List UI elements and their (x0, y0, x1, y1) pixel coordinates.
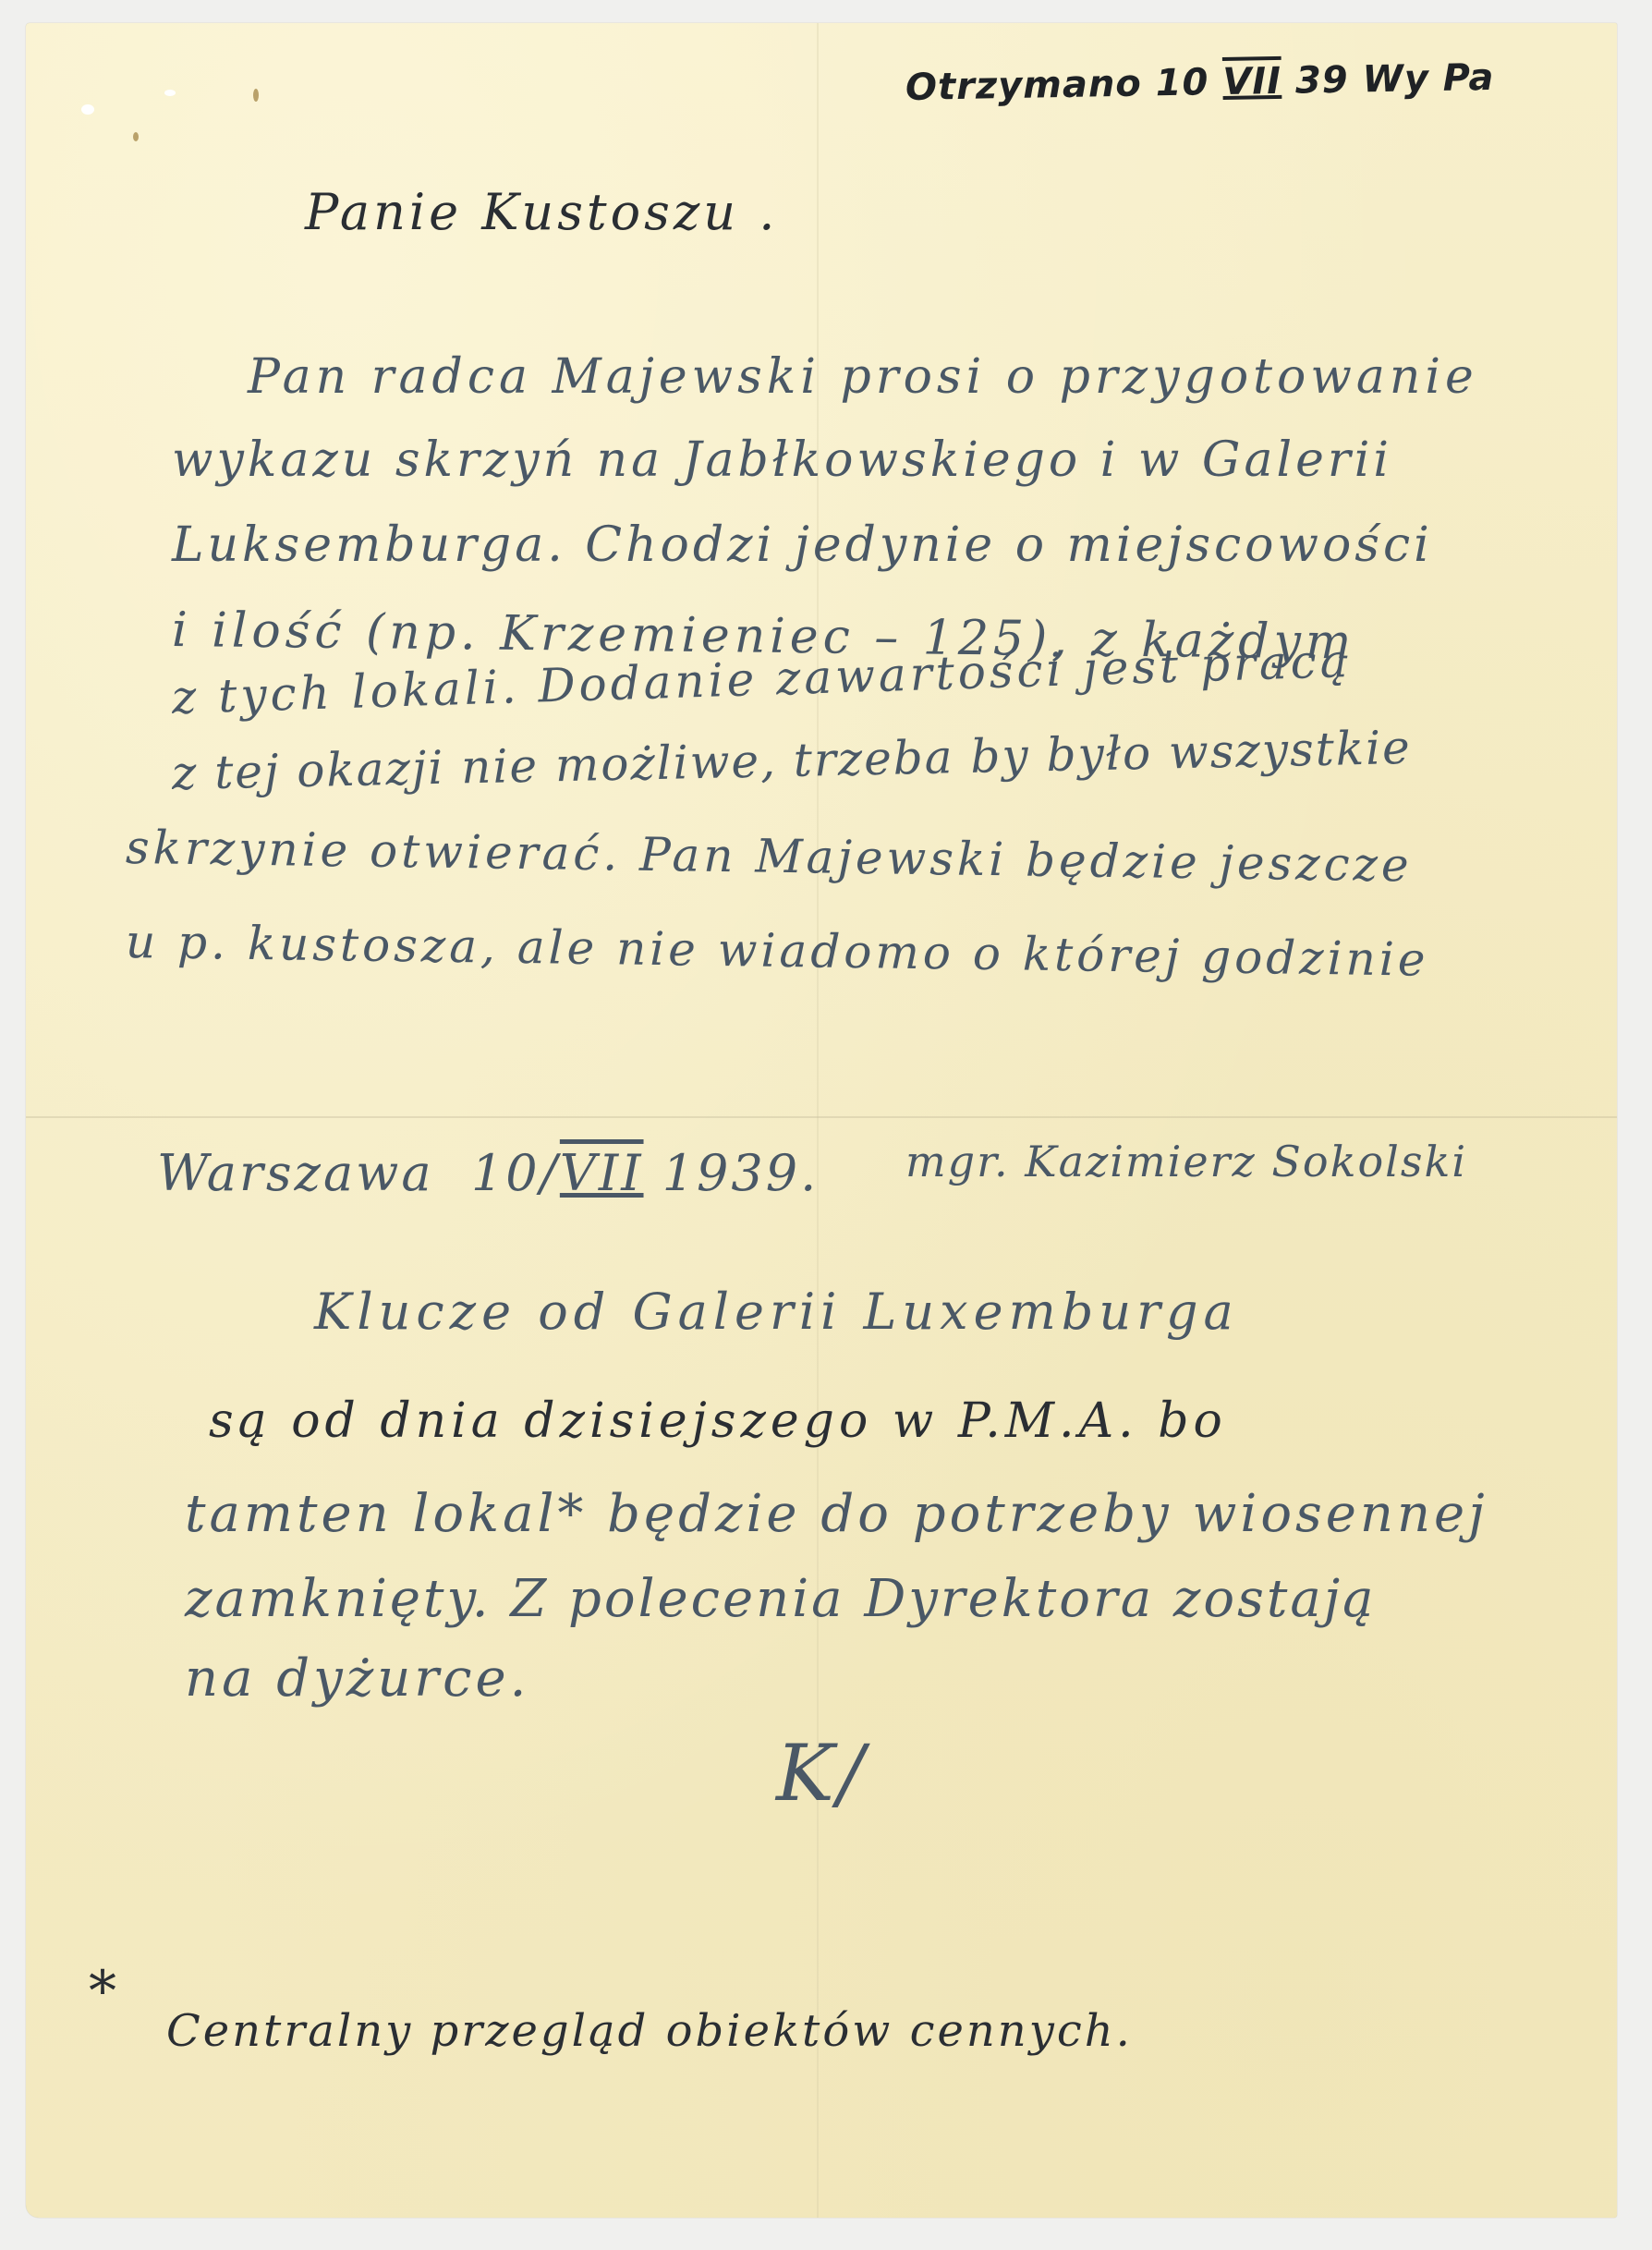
postscript-line-2: są od dnia dzisiejszego w P.M.A. bo (209, 1393, 1227, 1449)
body-line-3: Luksemburga. Chodzi jedynie o miejscowoś… (172, 517, 1433, 573)
footnote-text: Centralny przegląd obiektów cennych. (166, 2005, 1133, 2057)
ink-stain (253, 89, 259, 102)
date-year: 1939. (662, 1144, 820, 1202)
salutation: Panie Kustoszu . (305, 183, 778, 241)
date-month: VII (560, 1144, 644, 1202)
body-line-1: Pan radca Majewski prosi o przygotowanie (248, 349, 1478, 405)
initials-mark: K/ (776, 1728, 868, 1818)
postscript-line-1: Klucze od Galerii Luxemburga (314, 1283, 1239, 1341)
receipt-year: 39 (1295, 59, 1349, 103)
punch-hole (164, 90, 176, 96)
ink-stain (133, 132, 139, 141)
receipt-month: VII (1222, 60, 1282, 103)
signature: mgr. Kazimierz Sokolski (905, 1137, 1467, 1186)
punch-hole (81, 104, 94, 115)
receipt-day: 10 (1155, 61, 1209, 104)
postscript-line-3: tamten lokal* będzie do potrzeby wiosenn… (185, 1484, 1488, 1544)
body-line-2: wykazu skrzyń na Jabłkowskiego i w Galer… (172, 432, 1392, 488)
date-place: Warszawa (157, 1144, 434, 1202)
receipt-prefix: Otrzymano (905, 63, 1143, 109)
date-line: Warszawa 10/VII 1939. (157, 1144, 819, 1202)
receipt-initials: Wy Pa (1362, 56, 1495, 101)
footnote-marker: * (89, 1959, 117, 2024)
postscript-line-5: na dyżurce. (185, 1648, 529, 1709)
date-day: 10 (471, 1144, 541, 1202)
fold-crease-horizontal (26, 1116, 1617, 1118)
postscript-line-4: zamknięty. Z polecenia Dyrektora zostają (185, 1569, 1377, 1629)
